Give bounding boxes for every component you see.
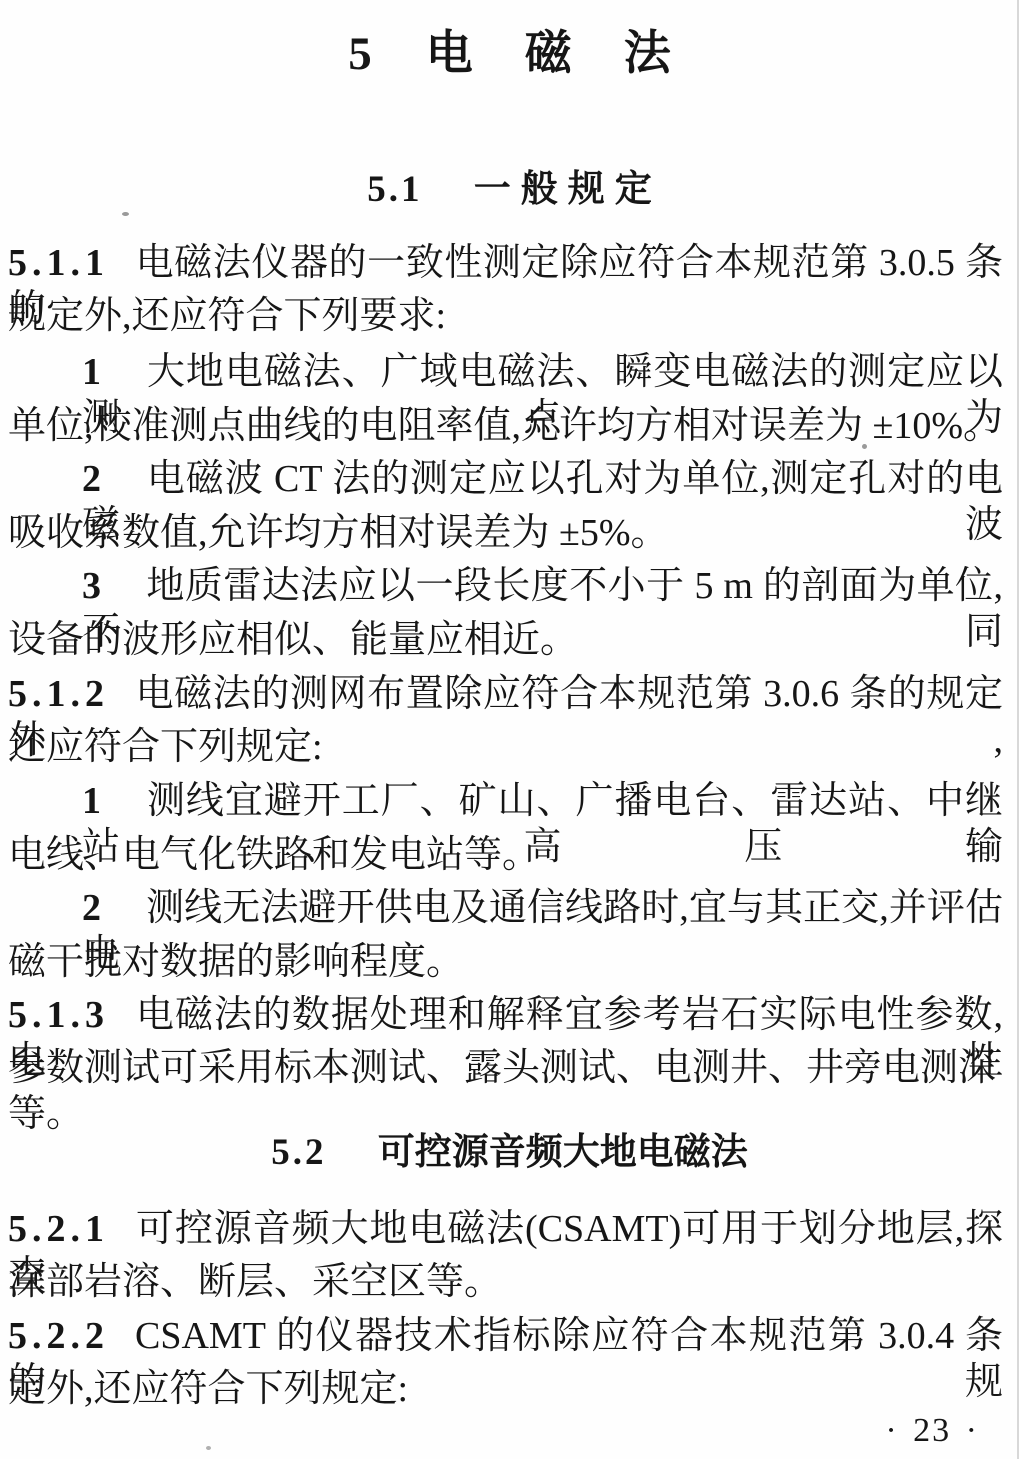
clause-number: 5.1.3	[8, 994, 109, 1036]
clause-number: 5.1.1	[8, 242, 109, 284]
item-number: 3	[82, 565, 102, 607]
line-text: 单位,校准测点曲线的电阻率值,允许均方相对误差为 ±10%。	[8, 405, 1001, 447]
section-number: 5.1	[367, 169, 422, 210]
document-page: 5 电磁法 5.1 一般规定 5.1.1电磁法仪器的一致性测定除应符合本规范第 …	[0, 0, 1019, 1459]
line-text: 深部岩溶、断层、采空区等。	[8, 1261, 502, 1303]
chapter-number: 5	[348, 27, 374, 81]
text-line: 还应符合下列规定:	[8, 724, 1003, 770]
line-text: 还应符合下列规定:	[8, 726, 323, 768]
text-line: 磁干扰对数据的影响程度。	[8, 939, 1003, 985]
page-number: · 23 ·	[885, 1412, 979, 1450]
item-number: 1	[82, 351, 102, 393]
clause-number: 5.1.2	[8, 673, 109, 715]
line-text: 设备的波形应相似、能量应相近。	[8, 619, 578, 661]
item-number: 2	[82, 887, 102, 929]
section-title-text: 一般规定	[474, 168, 662, 209]
clause-number: 5.2.1	[8, 1208, 109, 1250]
item-number: 2	[82, 458, 102, 500]
text-line: 电线、电气化铁路和发电站等。	[8, 832, 1003, 878]
scan-speck	[122, 212, 129, 216]
chapter-title: 5 电磁法	[0, 16, 1019, 83]
text-line: 深部岩溶、断层、采空区等。	[8, 1259, 1003, 1305]
text-line: 定外,还应符合下列规定:	[8, 1366, 1003, 1412]
text-line: 规定外,还应符合下列要求:	[8, 293, 1003, 339]
section-heading-5-2: 5.2 可控源音频大地电磁法	[0, 1121, 1019, 1175]
line-text: 电线、电气化铁路和发电站等。	[8, 834, 540, 876]
clause-number: 5.2.2	[8, 1315, 109, 1357]
scan-speck	[206, 1446, 211, 1450]
text-line: 设备的波形应相似、能量应相近。	[8, 617, 1003, 663]
item-number: 1	[82, 780, 102, 822]
line-text: 磁干扰对数据的影响程度。	[8, 941, 464, 983]
scan-speck	[862, 444, 867, 449]
section-number: 5.2	[271, 1132, 326, 1173]
text-line: 单位,校准测点曲线的电阻率值,允许均方相对误差为 ±10%。	[8, 403, 1003, 449]
line-text: 规定外,还应符合下列要求:	[8, 295, 446, 337]
line-text: 吸收系数值,允许均方相对误差为 ±5%。	[8, 512, 669, 554]
text-line: 吸收系数值,允许均方相对误差为 ±5%。	[8, 510, 1003, 556]
section-heading-5-1: 5.1 一般规定	[0, 158, 1019, 212]
chapter-title-text: 电磁法	[426, 16, 723, 83]
section-title-text: 可控源音频大地电磁法	[378, 1131, 748, 1172]
line-text: 定外,还应符合下列规定:	[8, 1368, 408, 1410]
